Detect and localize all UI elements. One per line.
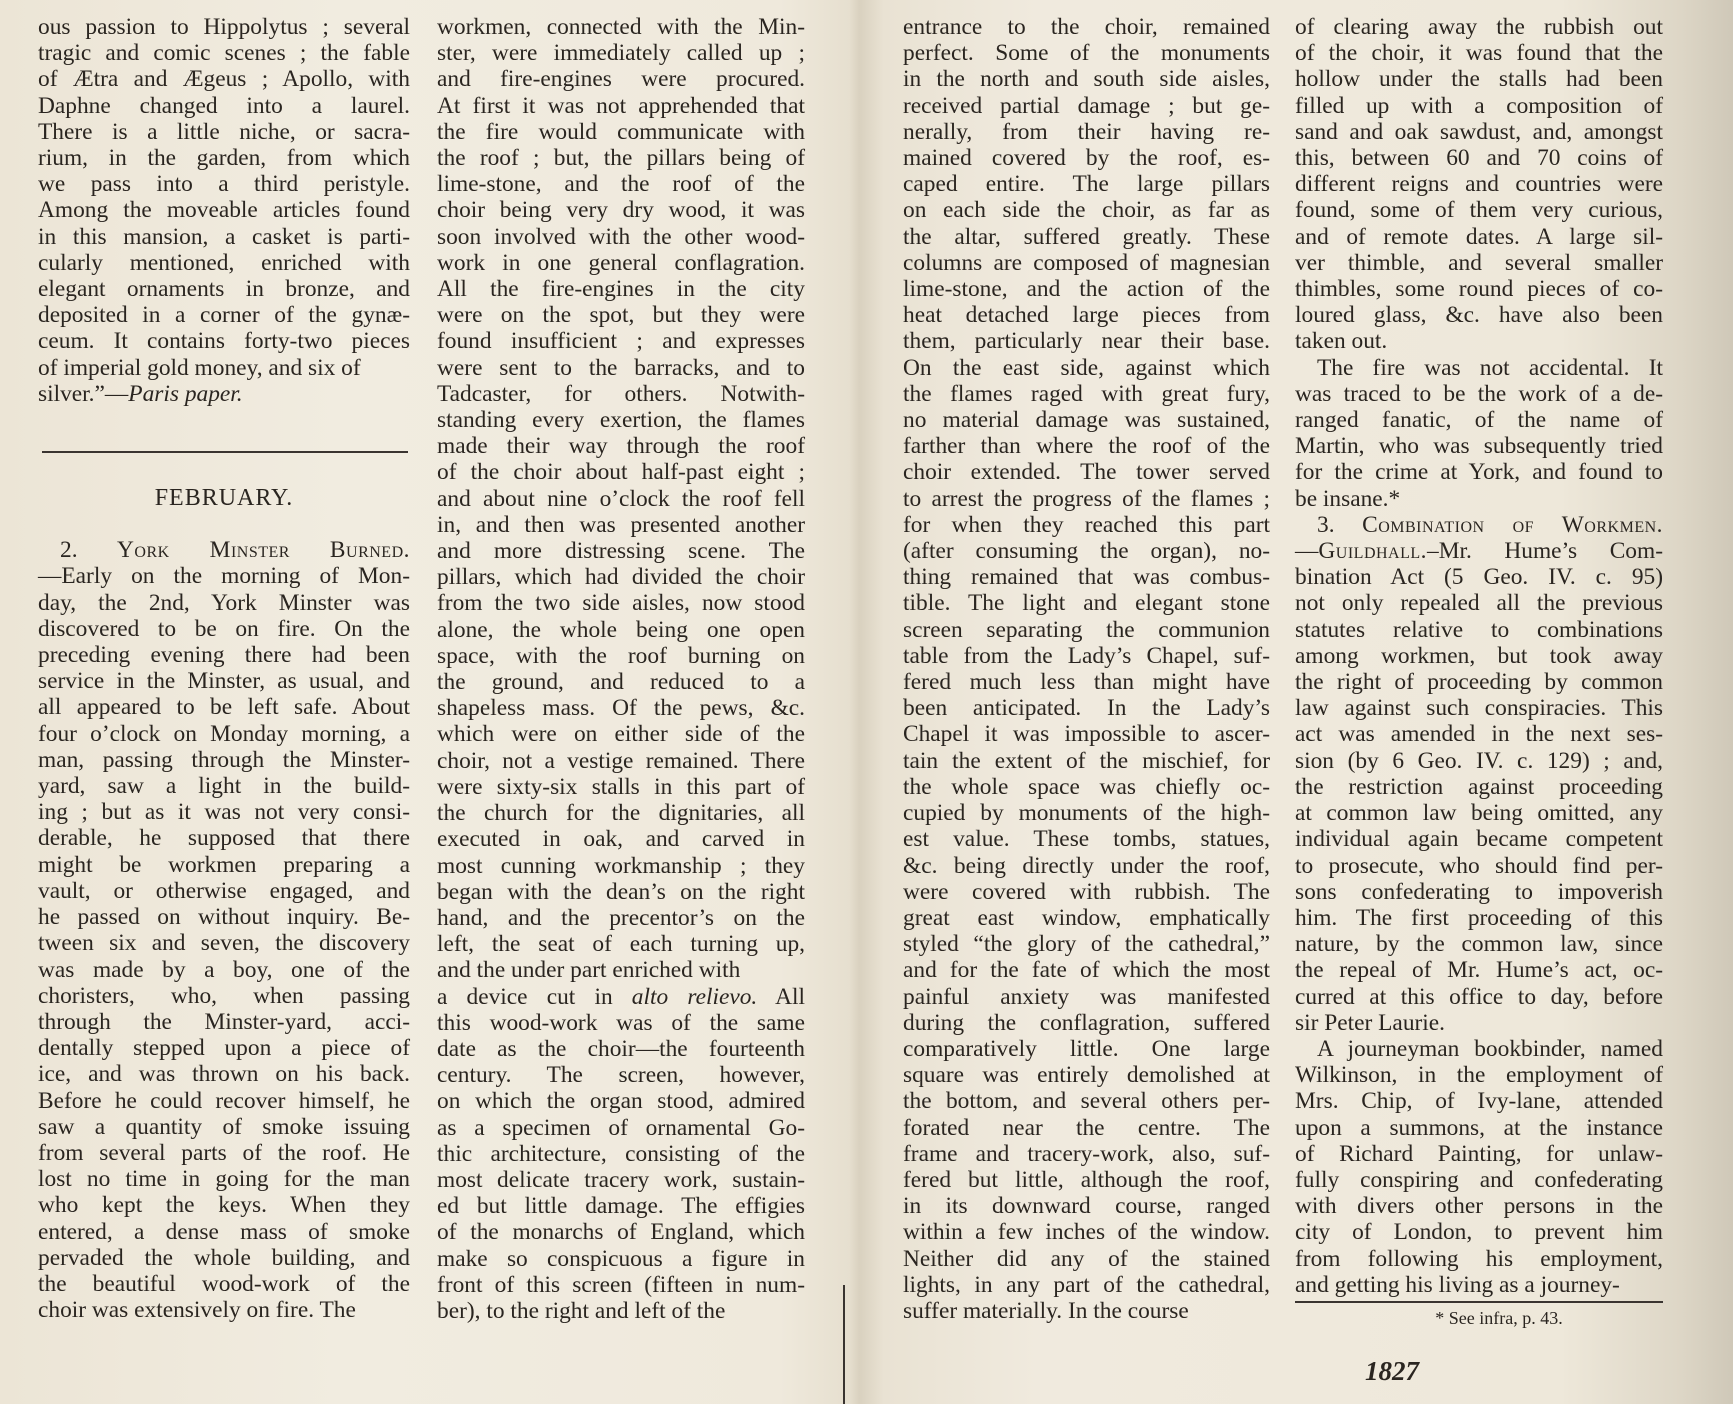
text-line: lime-stone, and the roof of the — [437, 171, 805, 197]
text-line: the fire would communicate with — [437, 119, 805, 145]
text-line: from the two side aisles, now stood — [437, 590, 805, 616]
text-line: tragic and comic scenes ; the fable — [38, 40, 410, 66]
text-line: within a few inches of the window. — [903, 1219, 1270, 1245]
text-line: the ground, and reduced to a — [437, 669, 805, 695]
text-line: discovered to be on fire. On the — [38, 616, 410, 642]
text-line: and fire-engines were procured. — [437, 66, 805, 92]
text-line: received partial damage ; but ge- — [903, 93, 1270, 119]
text-line: front of this screen (fifteen in num- — [437, 1272, 805, 1298]
text-line: perfect. Some of the monuments — [903, 40, 1270, 66]
text-line: in this mansion, a casket is parti- — [38, 224, 410, 250]
text-line: All the fire-engines in the city — [437, 276, 805, 302]
text-line: service in the Minster, as usual, and — [38, 668, 410, 694]
text-line: painful anxiety was manifested — [903, 984, 1270, 1010]
text-line: ceum. It contains forty-two pieces — [38, 328, 410, 354]
text-line: the bottom, and several others per- — [903, 1088, 1270, 1114]
text-line: Mrs. Chip, of Ivy-lane, attended — [1295, 1088, 1663, 1114]
text-line: from following his employment, — [1295, 1246, 1663, 1272]
text-line: fully conspiring and confederating — [1295, 1167, 1663, 1193]
text-line: executed in oak, and carved in — [437, 826, 805, 852]
text-line: ing ; but as it was not very consi- — [38, 799, 410, 825]
text-line: sons confederating to impoverish — [1295, 879, 1663, 905]
text-line: of the choir, it was found that the — [1295, 40, 1663, 66]
text-line: fered but little, although the roof, — [903, 1167, 1270, 1193]
text-line: day, the 2nd, York Minster was — [38, 590, 410, 616]
text-line: heat detached large pieces from — [903, 302, 1270, 328]
text-line: of imperial gold money, and six of — [38, 355, 410, 381]
text-line: lost no time in going for the man — [38, 1166, 410, 1192]
footnote-rule — [1295, 1301, 1663, 1303]
text-line: and about nine o’clock the roof fell — [437, 486, 805, 512]
text-line: (after consuming the organ), no- — [903, 538, 1270, 564]
text-line: table from the Lady’s Chapel, suf- — [903, 643, 1270, 669]
text-line: Before he could recover himself, he — [38, 1088, 410, 1114]
text-line: of the monarchs of England, which — [437, 1219, 805, 1245]
text-line: the flames raged with great fury, — [903, 381, 1270, 407]
text-line: great east window, emphatically — [903, 905, 1270, 931]
text-line: sir Peter Laurie. — [1295, 1010, 1663, 1036]
quote-end: silver.”— — [38, 381, 128, 407]
text-line: for when they reached this part — [903, 512, 1270, 538]
text-line: comparatively little. One large — [903, 1036, 1270, 1062]
text-line: which were on either side of the — [437, 721, 805, 747]
text-line: silver.”—Paris paper. — [38, 381, 410, 407]
text-line: Wilkinson, in the employment of — [1295, 1062, 1663, 1088]
text-line: them, particularly near their base. — [903, 328, 1270, 354]
text-line: elegant ornaments in bronze, and — [38, 276, 410, 302]
page-signature: 1827 — [1365, 1356, 1419, 1387]
text-line: choristers, who, when passing — [38, 983, 410, 1009]
text-line: found insufficient ; and expresses — [437, 328, 805, 354]
text-line: There is a little niche, or sacra- — [38, 119, 410, 145]
text-line: different reigns and countries were — [1295, 171, 1663, 197]
text-line: rium, in the garden, from which — [38, 145, 410, 171]
text-line: ed but little damage. The effigies — [437, 1193, 805, 1219]
text-line: who kept the keys. When they — [38, 1192, 410, 1218]
paragraph-not-accidental: The fire was not accidental. Itwas trace… — [1295, 355, 1663, 512]
text-line: sand and oak sawdust, and, amongst — [1295, 119, 1663, 145]
text-line: A journeyman bookbinder, named — [1295, 1036, 1663, 1062]
text-line: the beautiful wood-work of the — [38, 1271, 410, 1297]
text-line: derable, he supposed that there — [38, 825, 410, 851]
text-fragment: All — [757, 984, 805, 1010]
text-line: been anticipated. In the Lady’s — [903, 695, 1270, 721]
text-line: the roof ; but, the pillars being of — [437, 145, 805, 171]
text-line: from several parts of the roof. He — [38, 1140, 410, 1166]
text-line: during the conflagration, suffered — [903, 1010, 1270, 1036]
paragraph-rubbish: of clearing away the rubbish outof the c… — [1295, 14, 1663, 355]
text-line: and of remote dates. A large sil- — [1295, 224, 1663, 250]
text-line: of Ætra and Ægeus ; Apollo, with — [38, 66, 410, 92]
text-line: ber), to the right and left of the — [437, 1298, 805, 1324]
paragraph-york-minster: —Early on the morning of Mon-day, the 2n… — [38, 563, 410, 1323]
text-line: Among the moveable articles found — [38, 197, 410, 223]
text-line: Daphne changed into a laurel. — [38, 93, 410, 119]
text-line: entered, a dense mass of smoke — [38, 1219, 410, 1245]
text-line: on each side the choir, as far as — [903, 197, 1270, 223]
text-line: law against such conspiracies. This — [1295, 695, 1663, 721]
text-line: Tadcaster, for others. Notwith- — [437, 381, 805, 407]
text-line: ous passion to Hippolytus ; several — [38, 14, 410, 40]
text-line: of Richard Painting, for unlaw- — [1295, 1141, 1663, 1167]
text-line: sion (by 6 Geo. IV. c. 129) ; and, — [1295, 748, 1663, 774]
text-line: The fire was not accidental. It — [1295, 355, 1663, 381]
text-line: preceding evening there had been — [38, 642, 410, 668]
paragraph-fire-continued: workmen, connected with the Min-ster, we… — [437, 14, 805, 984]
text-line: hand, and the precentor’s on the — [437, 905, 805, 931]
text-line: the church for the dignitaries, all — [437, 800, 805, 826]
text-line: styled “the glory of the cathedral,” — [903, 931, 1270, 957]
text-line: standing every exertion, the flames — [437, 407, 805, 433]
text-line: —Early on the morning of Mon- — [38, 563, 410, 589]
text-line: columns are composed of magnesian — [903, 250, 1270, 276]
text-line: yard, saw a light in the build- — [38, 773, 410, 799]
text-fragment: –Mr. Hume’s Com- — [1427, 538, 1663, 564]
text-fragment: a device cut in — [437, 984, 632, 1010]
text-line: screen separating the communion — [903, 617, 1270, 643]
text-line: cularly mentioned, enriched with — [38, 250, 410, 276]
text-line: as a specimen of ornamental Go- — [437, 1115, 805, 1141]
text-line: &c. being directly under the roof, — [903, 853, 1270, 879]
text-line: was traced to be the work of a de- — [1295, 381, 1663, 407]
text-line: est value. These tombs, statues, — [903, 826, 1270, 852]
text-line: Neither did any of the stained — [903, 1246, 1270, 1272]
text-line: the right of proceeding by common — [1295, 669, 1663, 695]
text-line: in, and then was presented another — [437, 512, 805, 538]
text-line: On the east side, against which — [903, 355, 1270, 381]
text-line: not only repealed all the previous — [1295, 590, 1663, 616]
text-line: to arrest the progress of the flames ; — [903, 486, 1270, 512]
text-line: century. The screen, however, — [437, 1062, 805, 1088]
text-line: found, some of them very curious, — [1295, 197, 1663, 223]
text-line: at common law being omitted, any — [1295, 800, 1663, 826]
text-line: and for the fate of which the most — [903, 957, 1270, 983]
text-line: hollow under the stalls had been — [1295, 66, 1663, 92]
text-line: loured glass, &c. have also been — [1295, 302, 1663, 328]
text-line: the altar, suffered greatly. These — [903, 224, 1270, 250]
text-line: vault, or otherwise engaged, and — [38, 878, 410, 904]
text-line: be insane.* — [1295, 486, 1663, 512]
text-line: might be workmen preparing a — [38, 852, 410, 878]
paragraph-combination-act: bination Act (5 Geo. IV. c. 95)not only … — [1295, 564, 1663, 1036]
text-line: suffer materially. In the course — [903, 1298, 1270, 1324]
text-line: and more distressing scene. The — [437, 538, 805, 564]
text-line: shapeless mass. Of the pews, &c. — [437, 695, 805, 721]
paragraph-paris-paper: ous passion to Hippolytus ; severaltragi… — [38, 14, 410, 381]
text-line: entrance to the choir, remained — [903, 14, 1270, 40]
text-line: forated near the centre. The — [903, 1115, 1270, 1141]
text-line: on which the organ stood, admired — [437, 1088, 805, 1114]
text-line: to prosecute, who should find per- — [1295, 853, 1663, 879]
text-line: tible. The light and elegant stone — [903, 590, 1270, 616]
text-line: were on the spot, but they were — [437, 302, 805, 328]
text-line: choir being very dry wood, it was — [437, 197, 805, 223]
text-line: pervaded the whole building, and — [38, 1245, 410, 1271]
text-line: the repeal of Mr. Hume’s act, oc- — [1295, 957, 1663, 983]
text-line: ice, and was thrown on his back. — [38, 1061, 410, 1087]
text-line: frame and tracery-work, also, suf- — [903, 1141, 1270, 1167]
text-line: workmen, connected with the Min- — [437, 14, 805, 40]
text-line: this wood-work was of the same — [437, 1010, 805, 1036]
text-line: thimbles, some round pieces of co- — [1295, 276, 1663, 302]
text-line: we pass into a third peristyle. — [38, 171, 410, 197]
column-2: workmen, connected with the Min-ster, we… — [437, 14, 805, 1324]
paragraph-damage: entrance to the choir, remainedperfect. … — [903, 14, 1270, 1324]
text-line: left, the seat of each turning up, — [437, 931, 805, 957]
text-line: and the under part enriched with — [437, 957, 805, 983]
text-line: him. The first proceeding of this — [1295, 905, 1663, 931]
text-line: were sent to the barracks, and to — [437, 355, 805, 381]
text-line: began with the dean’s on the right — [437, 879, 805, 905]
text-line: and getting his living as a journey- — [1295, 1272, 1663, 1298]
text-line: nerally, from their having re- — [903, 119, 1270, 145]
text-line: of clearing away the rubbish out — [1295, 14, 1663, 40]
text-line: pillars, which had divided the choir — [437, 564, 805, 590]
entry-heading-line: 3. Combination of Workmen. — [1295, 512, 1663, 538]
text-line: nature, by the common law, since — [1295, 931, 1663, 957]
text-line: act was amended in the next ses- — [1295, 721, 1663, 747]
text-line: no material damage was sustained, — [903, 407, 1270, 433]
footnote: * See infra, p. 43. — [1335, 1307, 1663, 1329]
paragraph-screen: this wood-work was of the samedate as th… — [437, 1010, 805, 1324]
month-heading: FEBRUARY. — [38, 485, 410, 511]
gutter-line — [843, 1285, 845, 1404]
text-line: made their way through the roof — [437, 433, 805, 459]
column-4: of clearing away the rubbish outof the c… — [1295, 14, 1663, 1329]
column-3: entrance to the choir, remainedperfect. … — [903, 14, 1270, 1324]
text-line: caped entire. The large pillars — [903, 171, 1270, 197]
text-line: space, with the roof burning on — [437, 643, 805, 669]
subheading-guildhall: Guildhall. — [1318, 538, 1427, 564]
text-line: work in one general conflagration. — [437, 250, 805, 276]
source-citation: Paris paper. — [128, 381, 242, 407]
entry-date: 3. — [1317, 512, 1335, 538]
text-line: lights, in any part of the cathedral, — [903, 1272, 1270, 1298]
text-line: individual again became competent — [1295, 826, 1663, 852]
text-line: he passed on without inquiry. Be- — [38, 904, 410, 930]
text-line: ver thimble, and several smaller — [1295, 250, 1663, 276]
text-line: Chapel it was impossible to ascer- — [903, 721, 1270, 747]
text-line: through the Minster-yard, acci- — [38, 1009, 410, 1035]
text-line: all appeared to be left safe. About — [38, 694, 410, 720]
text-line: farther than where the roof of the — [903, 433, 1270, 459]
text-line: ranged fanatic, of the name of — [1295, 407, 1663, 433]
text-line: the restriction against proceeding — [1295, 774, 1663, 800]
text-line: this, between 60 and 70 coins of — [1295, 145, 1663, 171]
text-line: in its downward course, ranged — [903, 1193, 1270, 1219]
text-line: At first it was not apprehended that — [437, 93, 805, 119]
text-line: in the north and south side aisles, — [903, 66, 1270, 92]
text-line: tain the extent of the mischief, for — [903, 748, 1270, 774]
text-line: curred at this office to day, before — [1295, 984, 1663, 1010]
text-line: alone, the whole being one open — [437, 617, 805, 643]
text-line: thic architecture, consisting of the — [437, 1141, 805, 1167]
text-line: dentally stepped upon a piece of — [38, 1035, 410, 1061]
entry-date: 2. — [60, 537, 78, 563]
text-line: a device cut in alto relievo. All — [437, 984, 805, 1010]
text-line: of the choir about half-past eight ; — [437, 459, 805, 485]
text-line: were covered with rubbish. The — [903, 879, 1270, 905]
subheading-line: —Guildhall.–Mr. Hume’s Com- — [1295, 538, 1663, 564]
text-line: statutes relative to combinations — [1295, 617, 1663, 643]
text-line: with divers other persons in the — [1295, 1193, 1663, 1219]
text-line: deposited in a corner of the gynæ- — [38, 302, 410, 328]
text-line: were sixty-six stalls in this part of — [437, 774, 805, 800]
text-line: fered much less than might have — [903, 669, 1270, 695]
text-line: bination Act (5 Geo. IV. c. 95) — [1295, 564, 1663, 590]
text-line: cupied by monuments of the high- — [903, 800, 1270, 826]
text-line: upon a summons, at the instance — [1295, 1115, 1663, 1141]
text-line: man, passing through the Minster- — [38, 747, 410, 773]
text-line: choir was extensively on fire. The — [38, 1297, 410, 1323]
text-line: most cunning workmanship ; they — [437, 853, 805, 879]
entry-heading-combination: Combination of Workmen. — [1362, 512, 1663, 538]
text-line: ster, were immediately called up ; — [437, 40, 805, 66]
text-line: choir extended. The tower served — [903, 459, 1270, 485]
italic-term: alto relievo. — [632, 984, 757, 1010]
entry-heading-york-minster: York Minster Burned. — [117, 537, 410, 563]
text-line: among workmen, but took away — [1295, 643, 1663, 669]
text-line: for the crime at York, and found to — [1295, 459, 1663, 485]
text-line: date as the choir—the fourteenth — [437, 1036, 805, 1062]
text-line: square was entirely demolished at — [903, 1062, 1270, 1088]
text-line: most delicate tracery work, sustain- — [437, 1167, 805, 1193]
text-line: choir, not a vestige remained. There — [437, 748, 805, 774]
entry-heading-line: 2. York Minster Burned. — [38, 537, 410, 563]
text-line: taken out. — [1295, 328, 1663, 354]
column-1: ous passion to Hippolytus ; severaltragi… — [38, 14, 410, 1323]
text-line: tween six and seven, the discovery — [38, 930, 410, 956]
text-line: filled up with a composition of — [1295, 93, 1663, 119]
text-line: city of London, to prevent him — [1295, 1219, 1663, 1245]
text-line: the whole space was chiefly oc- — [903, 774, 1270, 800]
text-line: saw a quantity of smoke issuing — [38, 1114, 410, 1140]
text-line: four o’clock on Monday morning, a — [38, 721, 410, 747]
dash: — — [1295, 538, 1318, 564]
text-line: mained covered by the roof, es- — [903, 145, 1270, 171]
text-line: Martin, who was subsequently tried — [1295, 433, 1663, 459]
text-line: was made by a boy, one of the — [38, 957, 410, 983]
paragraph-bookbinder: A journeyman bookbinder, namedWilkinson,… — [1295, 1036, 1663, 1298]
section-divider — [42, 451, 408, 453]
text-line: make so conspicuous a figure in — [437, 1246, 805, 1272]
text-line: soon involved with the other wood- — [437, 224, 805, 250]
text-line: thing remained that was combus- — [903, 564, 1270, 590]
text-line: lime-stone, and the action of the — [903, 276, 1270, 302]
